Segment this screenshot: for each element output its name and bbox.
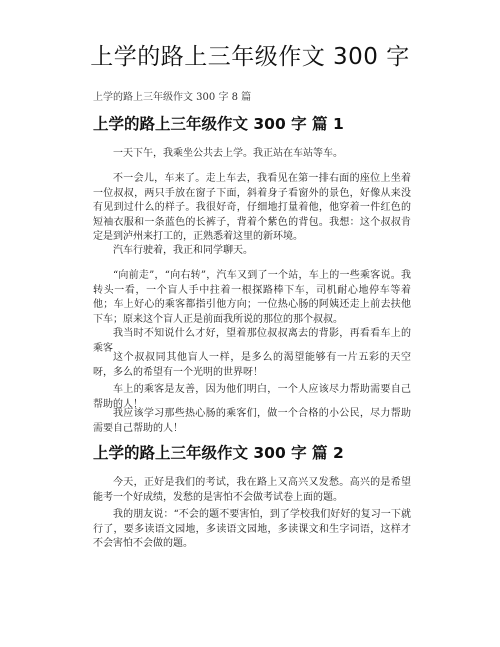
document-subtitle: 上学的路上三年级作文 300 字 8 篇 xyxy=(93,88,251,103)
document-title: 上学的路上三年级作文 300 字 xyxy=(0,38,500,71)
paragraph: 不一会儿，车来了。走上车去，我看见在第一排右面的座位上坐着一位叔叔，两只手放在窗… xyxy=(93,172,411,245)
paragraph: 我的朋友说：“不会的题不要害怕，到了学校我们好好的复习一下就行了，要多读语文园地… xyxy=(93,508,411,552)
paragraph: 这个叔叔同其他盲人一样，是多么的渴望能够有一片五彩的天空呀，多么的希望有一个光明… xyxy=(93,351,411,380)
paragraph: “向前走”，“向右转”，汽车又到了一个站，车上的一些乘客说。我转头一看，一个盲人… xyxy=(93,269,411,327)
paragraph: 今天，正好是我们的考试，我在路上又高兴又发愁。高兴的是希望能考一个好成绩，发愁的… xyxy=(93,476,411,505)
section-heading-2: 上学的路上三年级作文 300 字 篇 2 xyxy=(93,441,344,463)
paragraph: 我应该学习那些热心肠的乘客们，做一个合格的小公民，尽力帮助需要自己帮助的人！ xyxy=(93,407,411,436)
document-page: 上学的路上三年级作文 300 字 上学的路上三年级作文 300 字 8 篇 上学… xyxy=(0,0,500,647)
paragraph: 汽车行驶着，我正和同学聊天。 xyxy=(93,244,411,259)
paragraph: 一天下午，我乘坐公共去上学。我正站在车站等车。 xyxy=(93,147,411,162)
section-heading-1: 上学的路上三年级作文 300 字 篇 1 xyxy=(93,112,344,134)
